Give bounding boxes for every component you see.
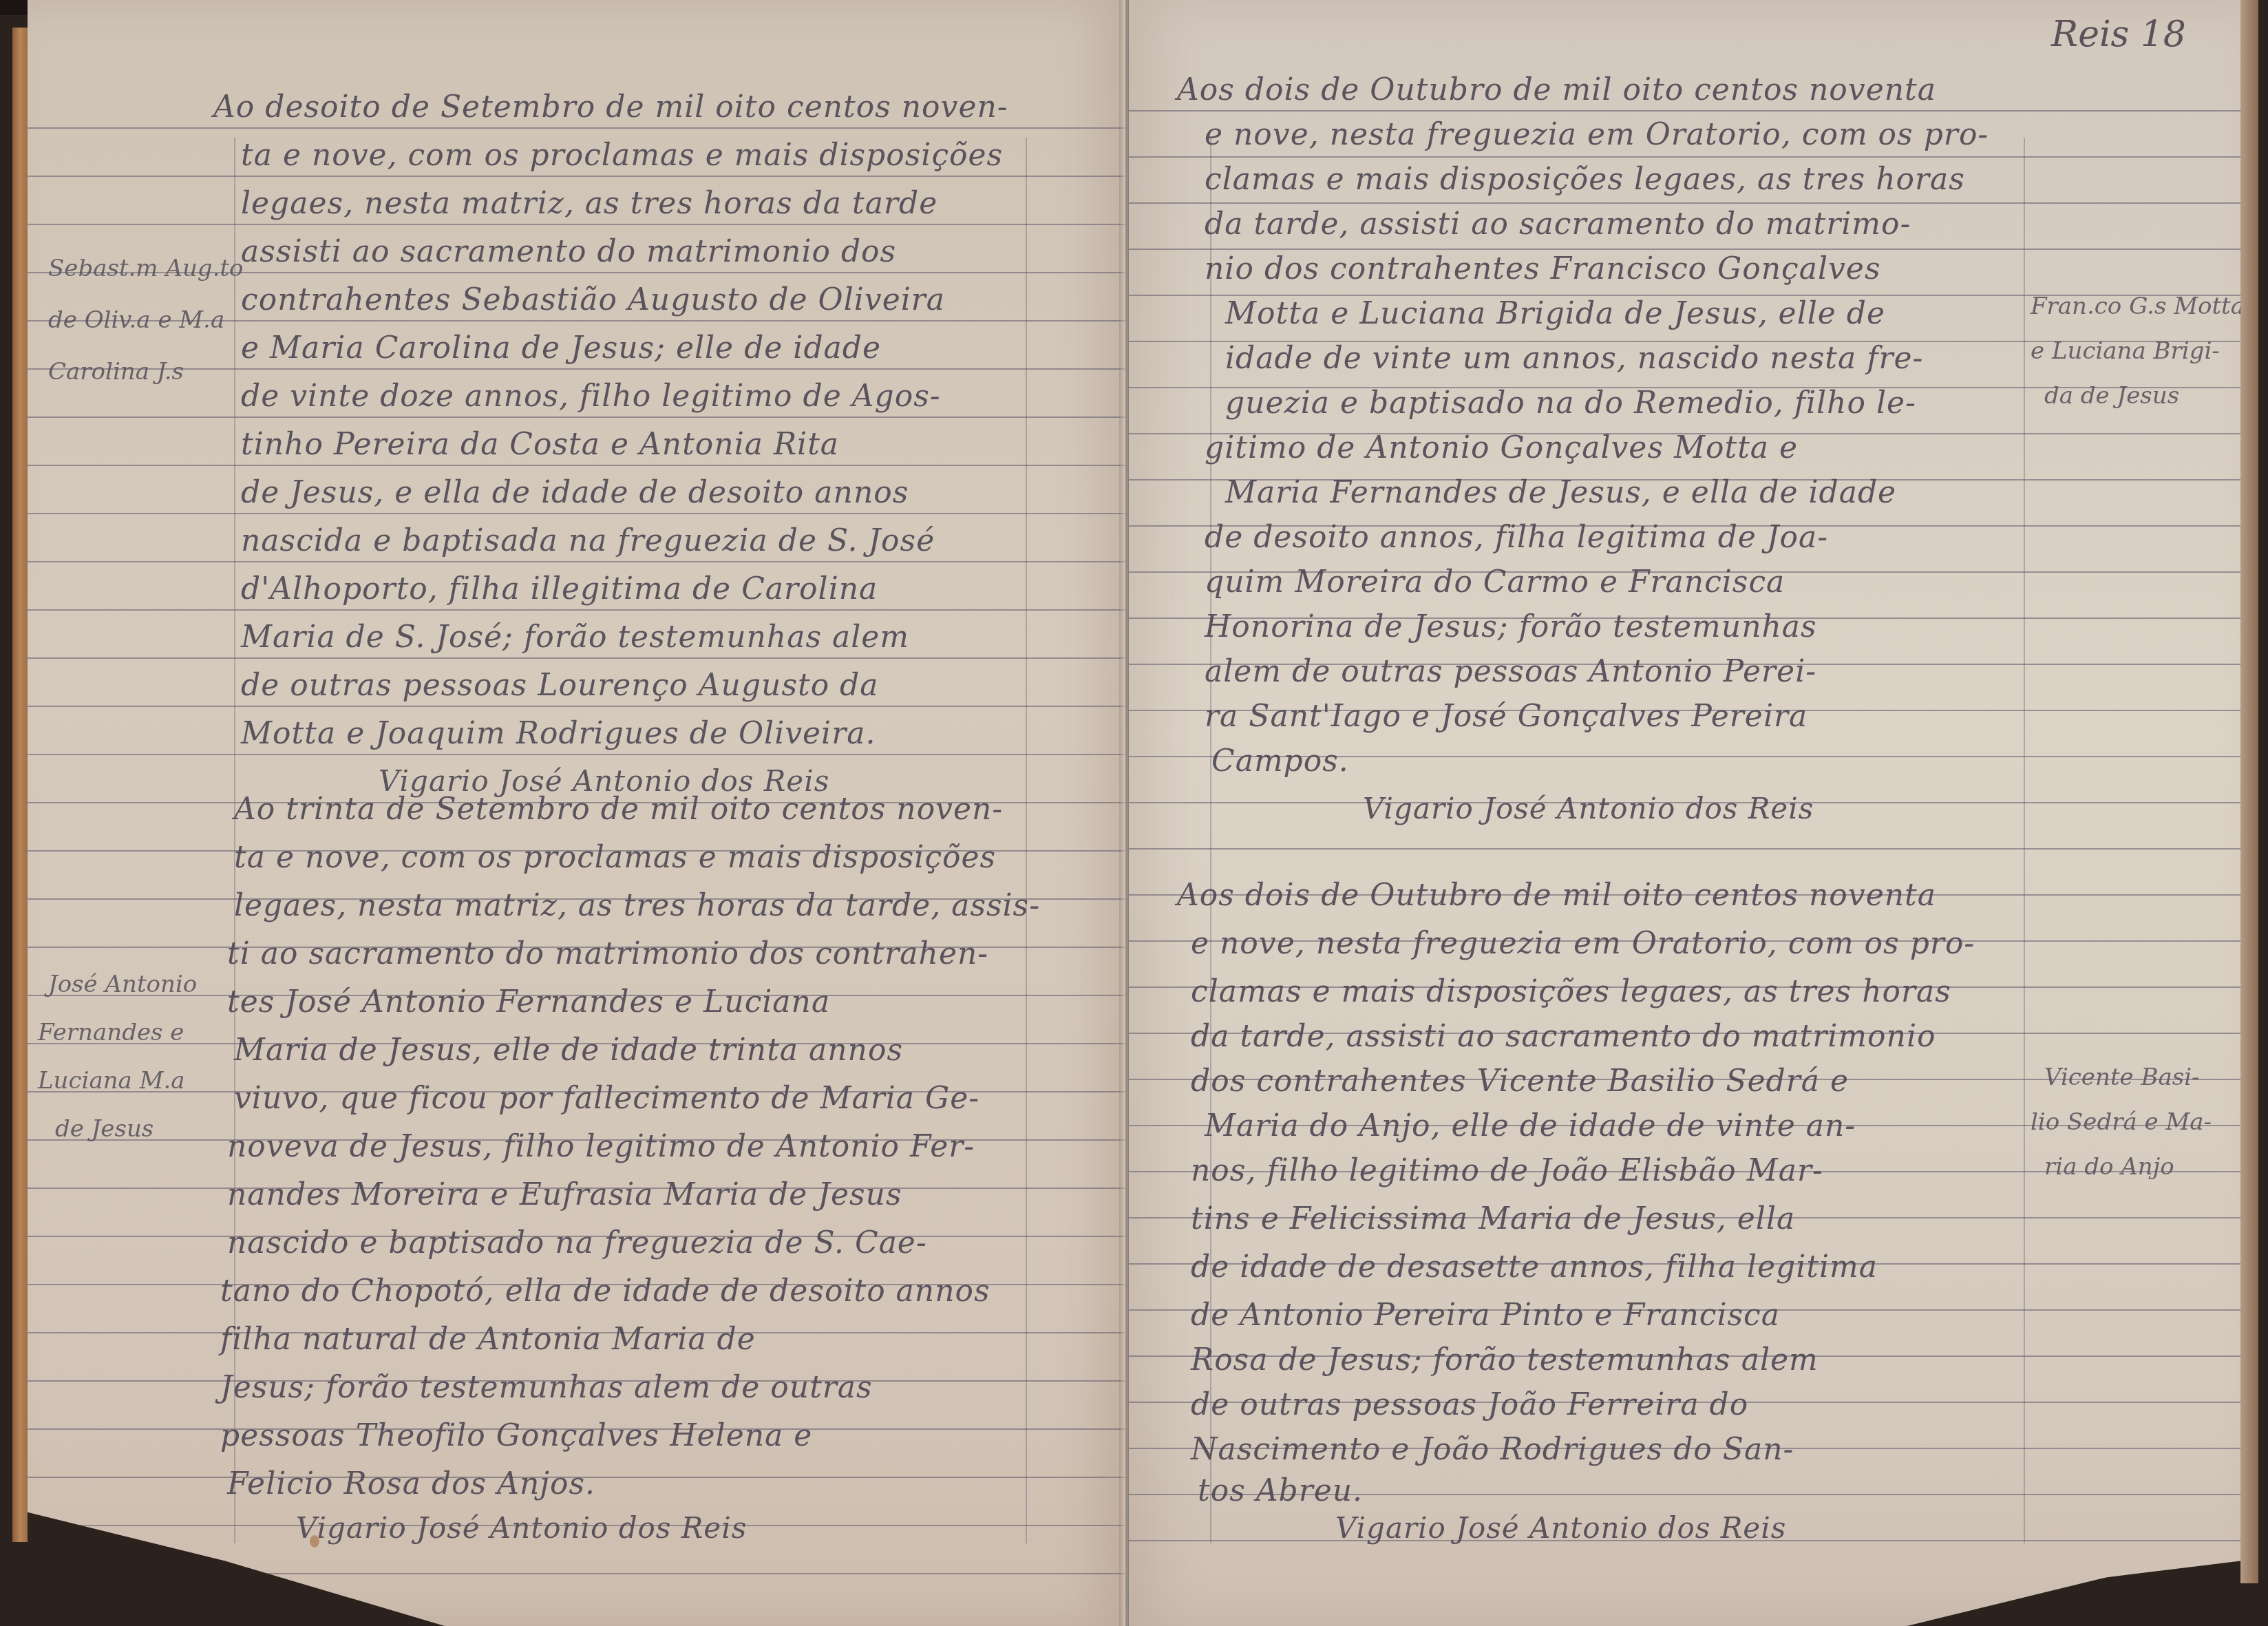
right-page: Reis 18 Fran.co G.s Motta e Luciana Brig… <box>1129 0 2240 1626</box>
entry-text-line: tos Abreu. <box>1198 1473 1363 1508</box>
margin-note-line: Fran.co G.s Motta <box>2031 293 2240 320</box>
entry-text-line: Ao trinta de Setembro de mil oito centos… <box>234 792 1003 827</box>
entry-text-line: tano do Chopotó, ella de idade de desoit… <box>220 1274 990 1309</box>
left-page-edge <box>12 28 28 1542</box>
ruled-line <box>28 706 1125 707</box>
ruled-line <box>1129 848 2240 849</box>
margin-note-line: Vicente Basi- <box>2044 1064 2200 1091</box>
entry-text-line: gitimo de Antonio Gonçalves Motta e <box>1205 430 1798 465</box>
ruled-line <box>28 1573 1125 1574</box>
ruled-line <box>28 465 1125 466</box>
entry-text-line: legaes, nesta matriz, as tres horas da t… <box>234 888 1040 923</box>
entry-text-line: Aos dois de Outubro de mil oito centos n… <box>1177 72 1936 107</box>
entry-text-line: noveva de Jesus, filho legitimo de Anton… <box>227 1129 975 1164</box>
margin-note-line: Sebast.m Aug.to <box>48 255 244 282</box>
entry-text-line: Maria do Anjo, elle de idade de vinte an… <box>1205 1108 1856 1143</box>
entry-text-line: pessoas Theofilo Gonçalves Helena e <box>220 1418 812 1453</box>
entry-text-line: de vinte doze annos, filho legitimo de A… <box>241 379 941 414</box>
entry-text-line: da tarde, assisti ao sacramento do matri… <box>1191 1019 1936 1054</box>
open-register-book: Sebast.m Aug.to de Oliv.a e M.a Carolina… <box>0 0 2268 1626</box>
margin-note-line: da de Jesus <box>2044 382 2179 410</box>
entry-text-line: nio dos contrahentes Francisco Gonçalves <box>1205 251 1880 286</box>
entry-text-line: nascida e baptisada na freguezia de S. J… <box>241 523 935 558</box>
priest-signature: Vigario José Antonio dos Reis <box>1363 792 1814 825</box>
entry-text-line: idade de vinte um annos, nascido nesta f… <box>1225 341 1923 376</box>
entry-text-line: ra Sant'Iago e José Gonçalves Pereira <box>1205 699 1808 734</box>
entry-text-line: e nove, nesta freguezia em Oratorio, com… <box>1205 117 1989 152</box>
entry-text-line: de idade de desasette annos, filha legit… <box>1191 1249 1878 1285</box>
ruled-line <box>28 609 1125 611</box>
right-page-edge <box>2240 0 2258 1583</box>
entry-text-line: Motta e Luciana Brigida de Jesus, elle d… <box>1225 296 1885 331</box>
entry-text-line: Motta e Joaquim Rodrigues de Oliveira. <box>241 716 876 751</box>
entry-text-line: filha natural de Antonia Maria de <box>220 1322 756 1357</box>
margin-note-line: ria do Anjo <box>2044 1153 2174 1181</box>
entry-text-line: de outras pessoas João Ferreira do <box>1191 1387 1748 1422</box>
entry-text-line: de Jesus, e ella de idade de desoito ann… <box>241 475 909 510</box>
margin-note-line: Fernandes e <box>38 1019 184 1046</box>
ruled-line <box>1129 110 2240 112</box>
margin-note-line: lio Sedrá e Ma- <box>2031 1108 2212 1136</box>
ruled-line <box>1129 202 2240 204</box>
entry-text-line: Felicio Rosa dos Anjos. <box>227 1466 595 1501</box>
left-page: Sebast.m Aug.to de Oliv.a e M.a Carolina… <box>28 0 1125 1626</box>
entry-text-line: tes José Antonio Fernandes e Luciana <box>227 984 830 1020</box>
entry-text-line: e nove, nesta freguezia em Oratorio, com… <box>1191 926 1975 961</box>
right-margin-line <box>2024 138 2025 1543</box>
entry-text-line: tins e Felicissima Maria de Jesus, ella <box>1191 1201 1795 1236</box>
margin-note-line: de Oliv.a e M.a <box>48 306 224 334</box>
ruled-line <box>28 368 1125 370</box>
entry-text-line: viuvo, que ficou por fallecimento de Mar… <box>234 1081 979 1116</box>
ruled-line <box>1129 156 2240 158</box>
ruled-line <box>28 754 1125 755</box>
entry-text-line: de outras pessoas Lourenço Augusto da <box>241 668 879 703</box>
ruled-line <box>28 561 1125 562</box>
ruled-line <box>28 416 1125 418</box>
entry-text-line: ta e nove, com os proclamas e mais dispo… <box>234 840 996 875</box>
entry-text-line: e Maria Carolina de Jesus; elle de idade <box>241 330 881 366</box>
entry-text-line: Campos. <box>1211 743 1349 779</box>
ruled-line <box>28 513 1125 514</box>
ruled-line <box>28 127 1125 129</box>
book-cover-corner <box>0 0 28 15</box>
ruled-line <box>28 657 1125 659</box>
entry-text-line: clamas e mais disposições legaes, as tre… <box>1205 162 1965 197</box>
entry-text-line: de desoito annos, filha legitima de Joa- <box>1205 520 1828 555</box>
entry-text-line: dos contrahentes Vicente Basilio Sedrá e <box>1191 1064 1849 1099</box>
ruled-line <box>1129 249 2240 250</box>
ruled-line <box>28 224 1125 225</box>
entry-text-line: Jesus; forão testemunhas alem de outras <box>220 1370 873 1405</box>
folio-number: Reis 18 <box>2051 14 2186 55</box>
entry-text-line: Honorina de Jesus; forão testemunhas <box>1205 609 1817 644</box>
entry-text-line: tinho Pereira da Costa e Antonia Rita <box>241 427 839 462</box>
entry-text-line: nos, filho legitimo de João Elisbão Mar- <box>1191 1153 1823 1188</box>
entry-text-line: Maria Fernandes de Jesus, e ella de idad… <box>1225 475 1896 510</box>
margin-note-line: e Luciana Brigi- <box>2031 337 2220 365</box>
priest-signature: Vigario José Antonio dos Reis <box>1335 1511 1786 1545</box>
entry-text-line: da tarde, assisti ao sacramento do matri… <box>1205 207 1911 242</box>
entry-text-line: contrahentes Sebastião Augusto de Olivei… <box>241 282 945 317</box>
entry-text-line: d'Alhoporto, filha illegitima de Carolin… <box>241 571 878 606</box>
entry-text-line: quim Moreira do Carmo e Francisca <box>1205 564 1785 600</box>
ruled-line <box>28 176 1125 177</box>
entry-text-line: Maria de Jesus, elle de idade trinta ann… <box>234 1033 903 1068</box>
entry-text-line: Ao desoito de Setembro de mil oito cento… <box>213 89 1008 125</box>
priest-signature: Vigario José Antonio dos Reis <box>296 1511 747 1545</box>
entry-text-line: Maria de S. José; forão testemunhas alem <box>241 620 909 655</box>
entry-text-line: Aos dois de Outubro de mil oito centos n… <box>1177 878 1936 913</box>
entry-text-line: nascido e baptisado na freguezia de S. C… <box>227 1225 927 1260</box>
entry-text-line: guezia e baptisado na do Remedio, filho … <box>1225 386 1916 421</box>
entry-text-line: ta e nove, com os proclamas e mais dispo… <box>241 138 1003 173</box>
entry-text-line: clamas e mais disposições legaes, as tre… <box>1191 974 1951 1009</box>
margin-note-line: Luciana M.a <box>38 1067 185 1095</box>
entry-text-line: Nascimento e João Rodrigues do San- <box>1191 1432 1794 1467</box>
margin-note-line: José Antonio <box>48 971 197 998</box>
entry-text-line: legaes, nesta matriz, as tres horas da t… <box>241 186 937 221</box>
entry-text-line: de Antonio Pereira Pinto e Francisca <box>1191 1298 1780 1333</box>
margin-note-line: Carolina J.s <box>48 358 184 386</box>
entry-text-line: alem de outras pessoas Antonio Perei- <box>1205 654 1816 689</box>
margin-note-line: de Jesus <box>55 1115 153 1143</box>
entry-text-line: nandes Moreira e Eufrasia Maria de Jesus <box>227 1177 902 1212</box>
ink-stain <box>310 1535 319 1548</box>
entry-text-line: Rosa de Jesus; forão testemunhas alem <box>1191 1342 1819 1377</box>
entry-text-line: ti ao sacramento do matrimonio dos contr… <box>227 936 988 971</box>
entry-text-line: assisti ao sacramento do matrimonio dos <box>241 234 896 269</box>
